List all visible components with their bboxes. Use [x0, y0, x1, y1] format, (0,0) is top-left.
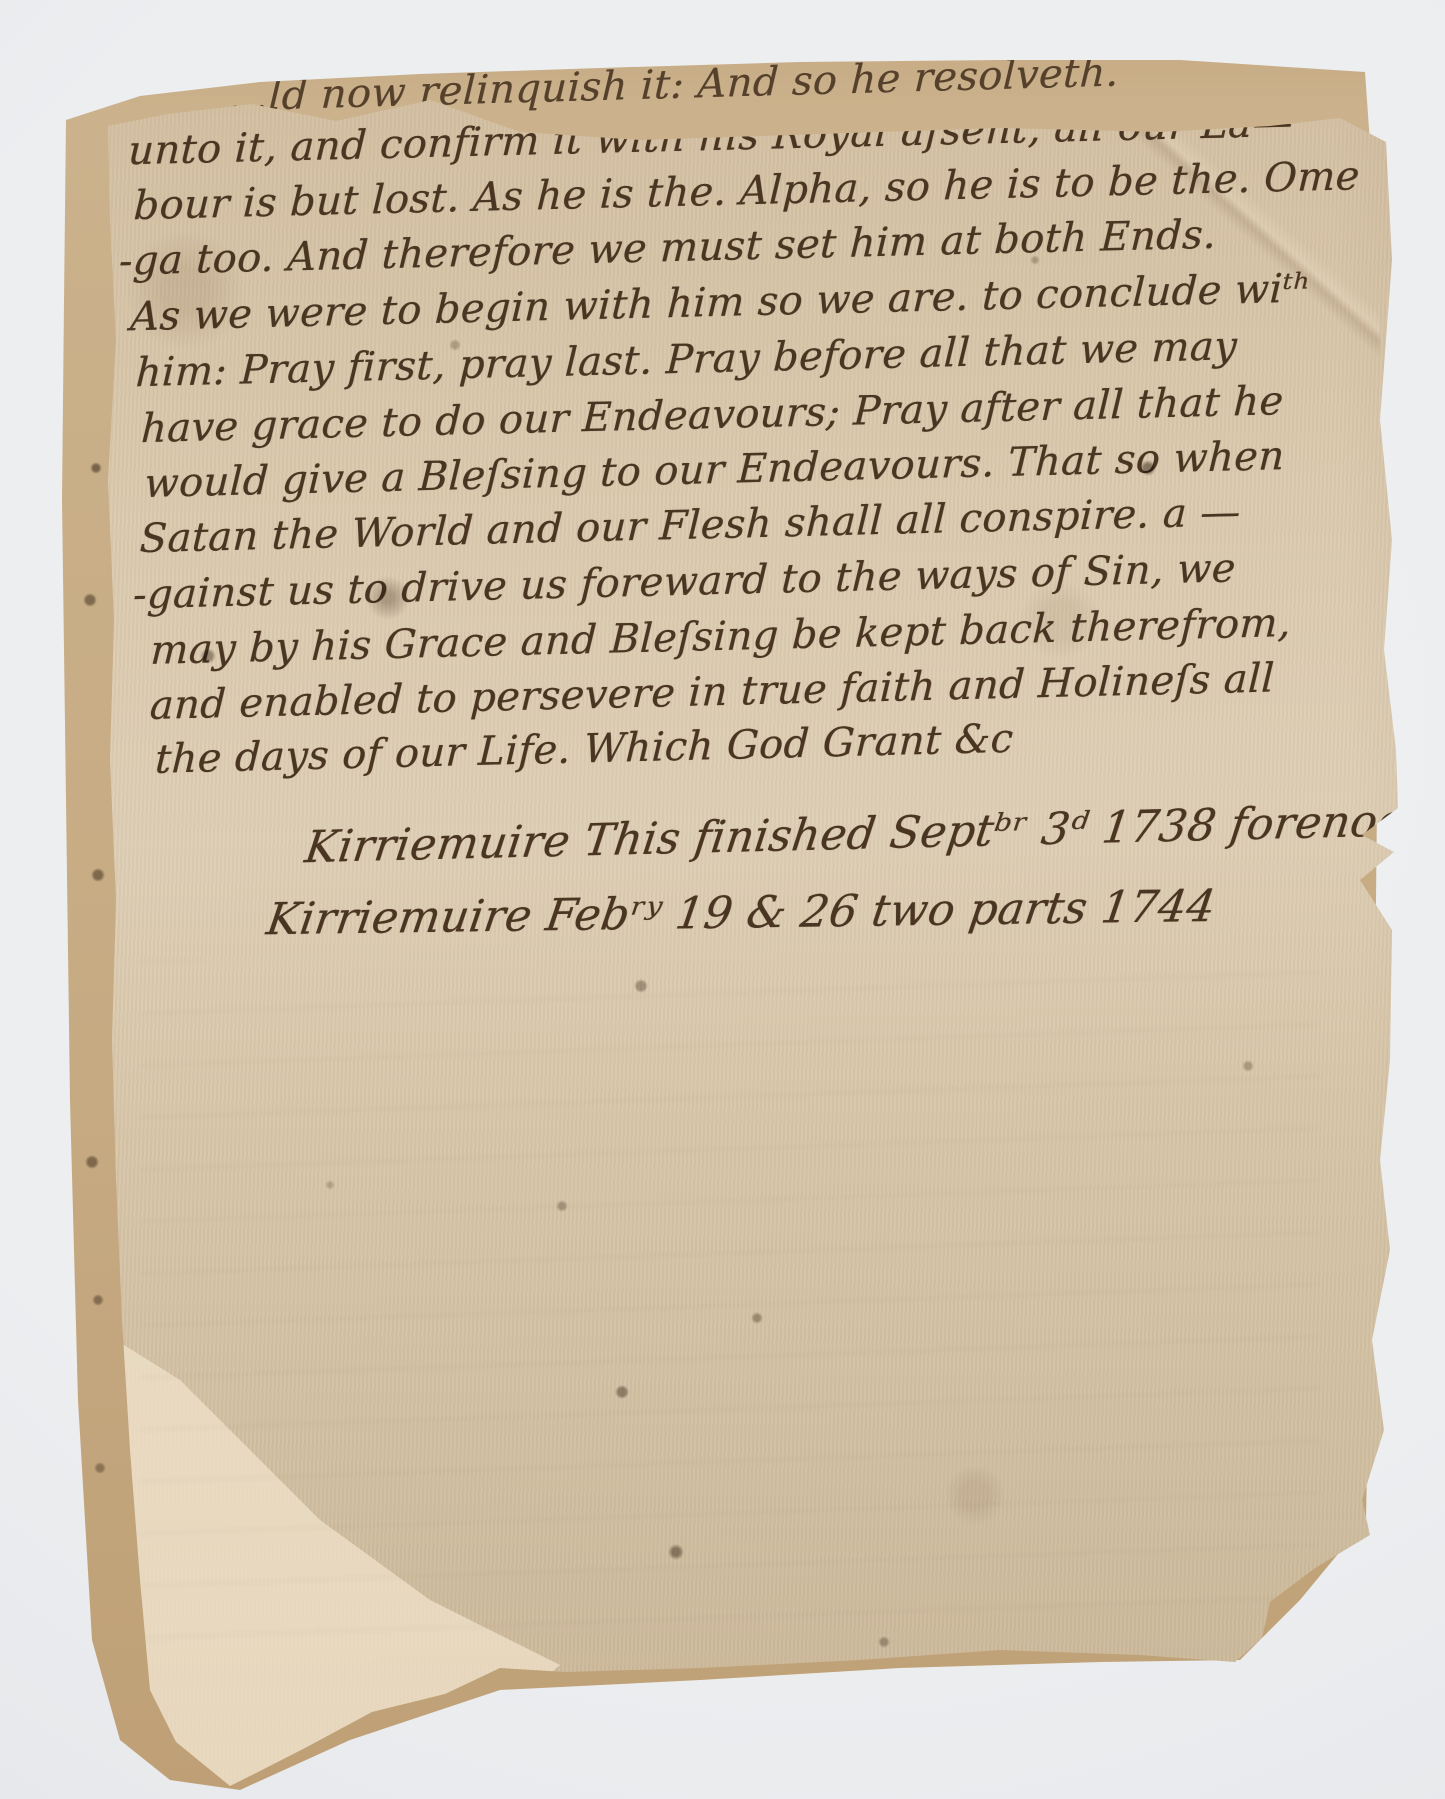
- foxing-stains: [0, 0, 1445, 1799]
- photo-backdrop: …ld now relinquish it: And so he resolve…: [0, 0, 1445, 1799]
- front-manuscript-leaf: unto it, and confirm it with his Royal a…: [0, 0, 1445, 1799]
